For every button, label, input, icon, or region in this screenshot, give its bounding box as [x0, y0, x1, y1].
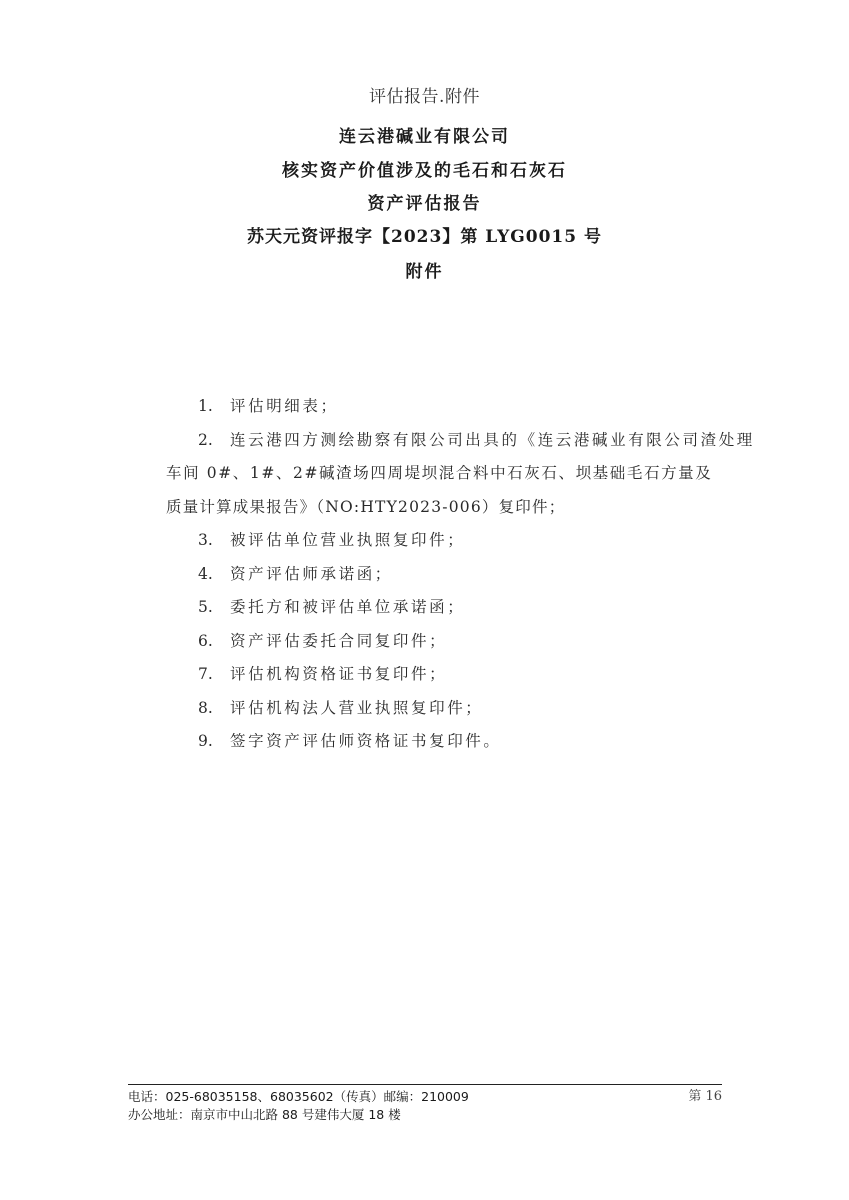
item-number: 4.	[198, 558, 230, 592]
attachment-item-7: 7.评估机构资格证书复印件；	[198, 658, 728, 692]
item-number: 1.	[198, 390, 230, 424]
item-text: 资产评估委托合同复印件；	[230, 632, 447, 650]
item-text: 评估机构法人营业执照复印件；	[230, 699, 483, 717]
item-number: 5.	[198, 591, 230, 625]
attachment-item-6: 6.资产评估委托合同复印件；	[198, 625, 728, 659]
item-text: 车间 0#、1#、2#碱渣场四周堤坝混合料中石灰石、坝基础毛石方量及	[166, 464, 712, 482]
footer-divider	[128, 1084, 722, 1085]
footer-phone: 电话：025-68035158、68035602（传真）邮编：210009	[128, 1088, 722, 1106]
attachment-item-1: 1.评估明细表；	[198, 390, 728, 424]
attachment-item-9: 9.签字资产评估师资格证书复印件。	[198, 725, 728, 759]
item-text: 质量计算成果报告》（NO:HTY2023-006）复印件；	[166, 498, 565, 516]
item-text: 委托方和被评估单位承诺函；	[230, 598, 465, 616]
report-subject-title: 核实资产价值涉及的毛石和石灰石	[0, 156, 849, 181]
item-line: 质量计算成果报告》（NO:HTY2023-006）复印件；	[166, 491, 728, 525]
document-label: 评估报告.附件	[0, 82, 849, 107]
item-text: 评估明细表；	[230, 397, 339, 415]
item-line: 2.连云港四方测绘勘察有限公司出具的《连云港碱业有限公司渣处理	[198, 424, 728, 458]
item-text: 评估机构资格证书复印件；	[230, 665, 447, 683]
item-number: 9.	[198, 725, 230, 759]
item-text: 被评估单位营业执照复印件；	[230, 531, 465, 549]
item-text: 资产评估师承诺函；	[230, 565, 393, 583]
document-page: 评估报告.附件 连云港碱业有限公司 核实资产价值涉及的毛石和石灰石 资产评估报告…	[0, 0, 849, 1200]
item-number: 3.	[198, 524, 230, 558]
item-text: 连云港四方测绘勘察有限公司出具的《连云港碱业有限公司渣处理	[230, 431, 755, 449]
company-name-title: 连云港碱业有限公司	[0, 122, 849, 147]
attachment-item-2: 2.连云港四方测绘勘察有限公司出具的《连云港碱业有限公司渣处理 车间 0#、1#…	[198, 424, 728, 525]
item-number: 8.	[198, 692, 230, 726]
footer-address: 办公地址：南京市中山北路 88 号建伟大厦 18 楼	[128, 1106, 722, 1124]
item-line: 车间 0#、1#、2#碱渣场四周堤坝混合料中石灰石、坝基础毛石方量及	[166, 457, 728, 491]
report-type-title: 资产评估报告	[0, 189, 849, 214]
item-number: 2.	[198, 424, 230, 458]
attachment-item-5: 5.委托方和被评估单位承诺函；	[198, 591, 728, 625]
attachment-item-3: 3.被评估单位营业执照复印件；	[198, 524, 728, 558]
item-number: 6.	[198, 625, 230, 659]
attachment-list: 1.评估明细表； 2.连云港四方测绘勘察有限公司出具的《连云港碱业有限公司渣处理…	[198, 390, 728, 759]
page-number: 第 16	[688, 1088, 722, 1106]
page-footer: 电话：025-68035158、68035602（传真）邮编：210009 办公…	[128, 1088, 722, 1124]
attachment-heading: 附件	[0, 257, 849, 282]
item-text: 签字资产评估师资格证书复印件。	[230, 732, 502, 750]
report-number-title: 苏天元资评报字【2023】第 LYG0015 号	[0, 222, 849, 247]
attachment-item-8: 8.评估机构法人营业执照复印件；	[198, 692, 728, 726]
item-number: 7.	[198, 658, 230, 692]
attachment-item-4: 4.资产评估师承诺函；	[198, 558, 728, 592]
